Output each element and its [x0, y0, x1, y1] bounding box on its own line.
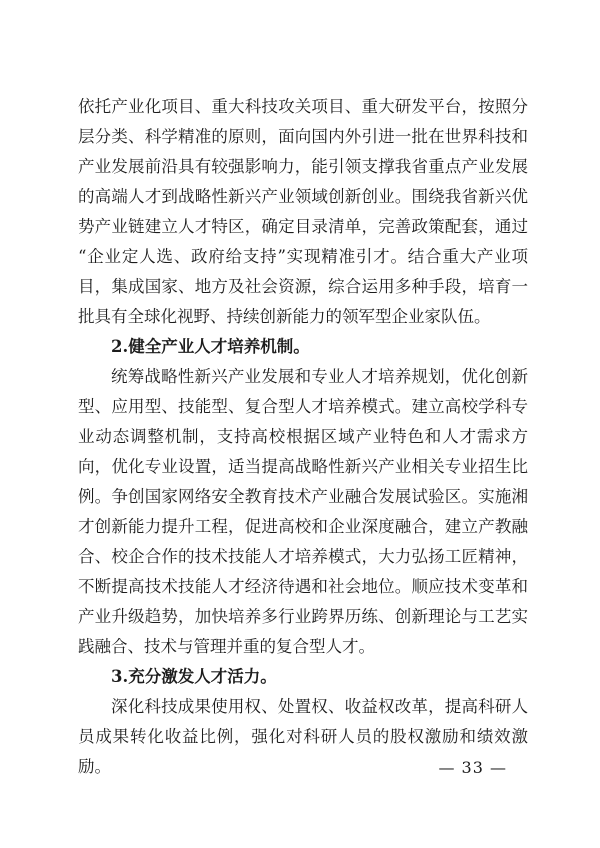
- section-heading: 2.健全产业人才培养机制。: [78, 332, 528, 362]
- section-heading: 3.充分激发人才活力。: [78, 662, 528, 692]
- document-page: 依托产业化项目、重大科技攻关项目、重大研发平台，按照分层分类、科学精准的原则，面…: [0, 0, 600, 848]
- body-paragraph: 统筹战略性新兴产业发展和专业人才培养规划，优化创新型、应用型、技能型、复合型人才…: [78, 362, 528, 662]
- body-paragraph: 依托产业化项目、重大科技攻关项目、重大研发平台，按照分层分类、科学精准的原则，面…: [78, 92, 528, 332]
- page-number: — 33 —: [438, 758, 507, 778]
- document-content: 依托产业化项目、重大科技攻关项目、重大研发平台，按照分层分类、科学精准的原则，面…: [78, 92, 528, 782]
